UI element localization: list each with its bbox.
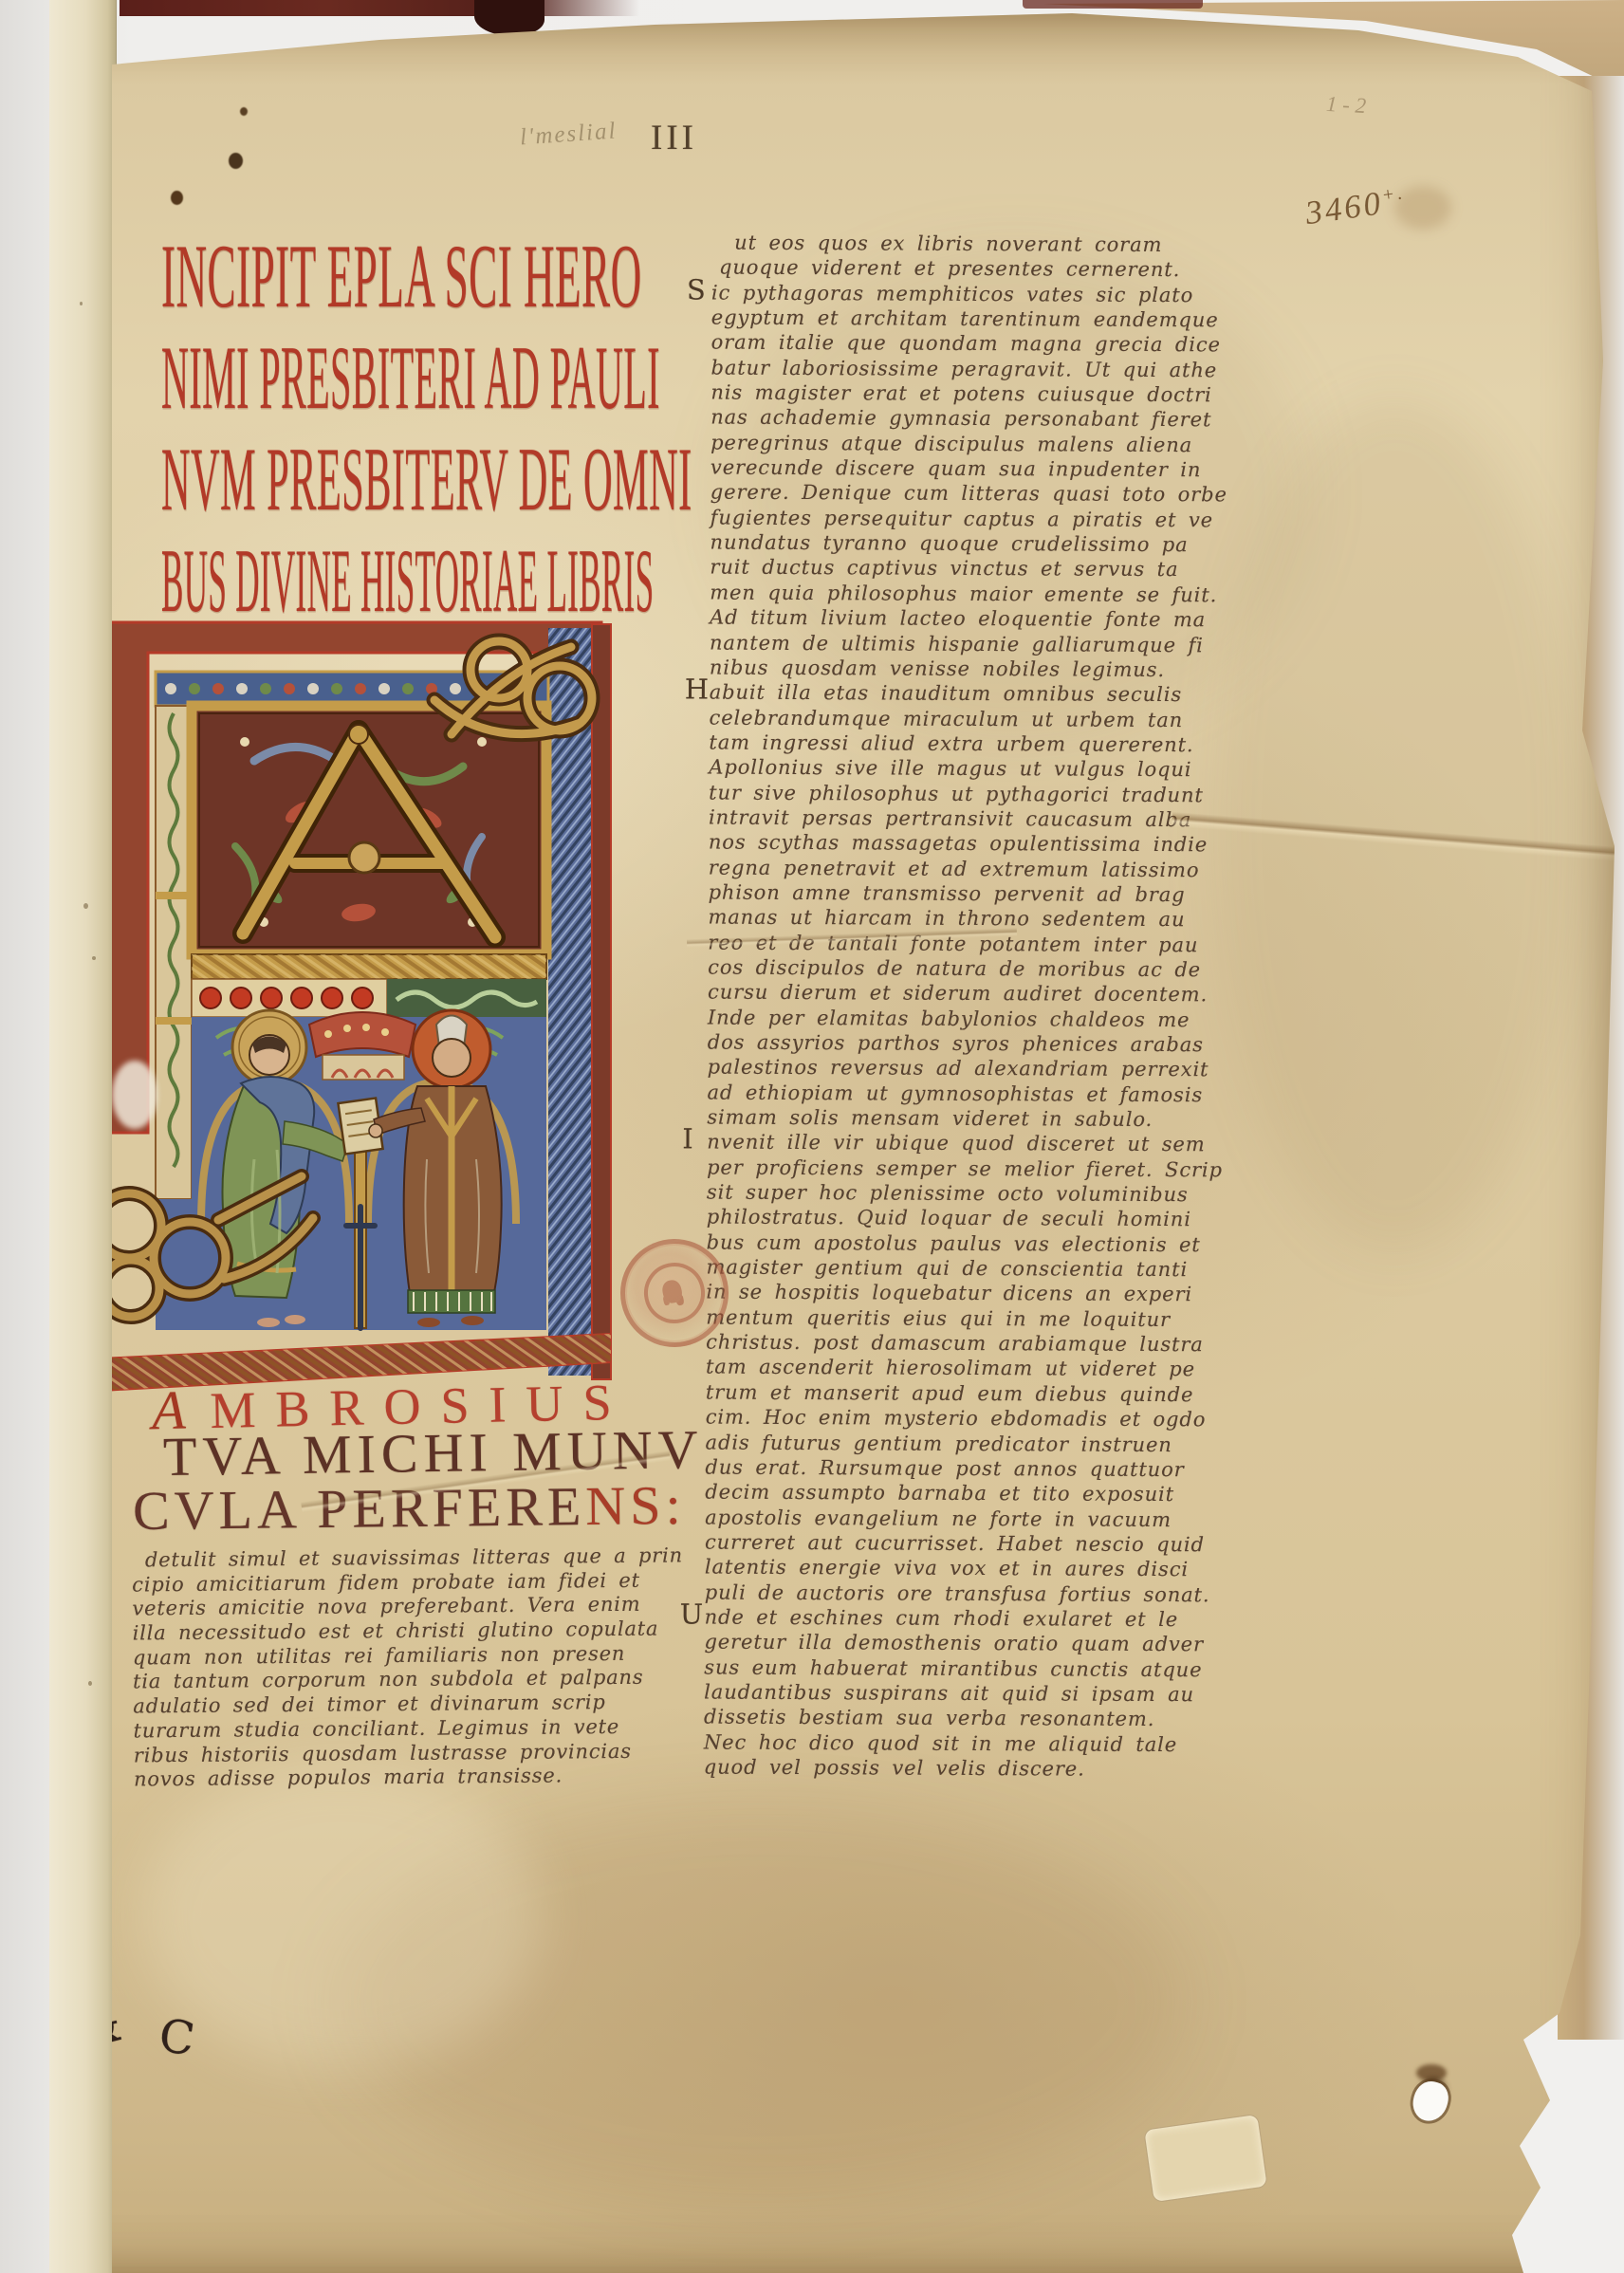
corner-pencil-mark: 1 - 2	[1325, 92, 1366, 119]
text-line: verecunde discere quam sua inpudenter in	[710, 455, 1251, 483]
binding-dark-blob	[474, 0, 544, 36]
right-text-column: ut eos quos ex libris noverant coramquoq…	[704, 231, 1253, 1783]
text-line: phison amne transmisso pervenit ad brag	[709, 879, 1249, 907]
text-line: adis futurus gentium predicator instruen	[706, 1430, 1246, 1457]
parchment-mottle	[332, 1802, 1186, 2201]
photo-backdrop: l'meslial III 1 - 2 3460+. INCIPIT EPLA …	[0, 0, 1624, 2273]
text-line: fugientes persequitur captus a piratis e…	[710, 505, 1251, 532]
shelfmark-number: 3460+.	[1303, 181, 1409, 232]
illuminated-initial-artwork	[74, 609, 643, 1411]
text-line: Inde per elamitas babylonios chaldeos me	[708, 1005, 1248, 1032]
text-line: intravit persas pertransivit caucasum al…	[709, 804, 1249, 832]
illuminated-initial	[74, 609, 643, 1411]
text-line: simam solis mensam videret in sabulo.	[707, 1105, 1247, 1133]
text-line: quoque viderent et presentes cernerent.	[719, 255, 1252, 283]
text-line: batur laboriosissime peragravit. Ut qui …	[710, 355, 1251, 382]
shelfmark-cross: +.	[1380, 182, 1406, 206]
text-line: latentis energie viva vox et in aures di…	[705, 1555, 1246, 1582]
folio-speck	[80, 302, 83, 305]
text-line: philostratus. Quid loquar de seculi homi…	[707, 1205, 1247, 1232]
text-line: christus. post damascum arabiamque lustr…	[706, 1330, 1246, 1358]
parchment-hole	[1409, 2078, 1451, 2124]
text-line: NVM PRESBITERV DE OMNI	[161, 427, 423, 532]
text-line: tur sive philosophus ut pythagorici trad…	[709, 780, 1249, 807]
display-line-part: CVLA PERFERE	[133, 1475, 586, 1542]
folio-speck	[83, 903, 88, 909]
repair-patch	[1143, 2114, 1268, 2203]
text-line: NIMI PRESBITERI AD PAULI	[161, 325, 409, 431]
ink-stain	[171, 191, 183, 205]
text-line: in se hospitis loquebatur dicens an expe…	[706, 1280, 1246, 1307]
text-line: apostolis evangelium ne forte in vacuum	[705, 1505, 1246, 1532]
binding-edge-top	[120, 0, 639, 16]
text-line: dus erat. Rursumque post annos quattuor	[705, 1454, 1246, 1482]
text-line: manas ut hiarcam in throno sedentem au	[708, 905, 1248, 933]
left-text-column: detulit simul et suavissimas litteras qu…	[132, 1544, 665, 1793]
binding-edge-fragment	[1023, 0, 1203, 9]
text-line: decim assumpto barnaba et tito exposuit	[705, 1480, 1246, 1507]
text-line: geretur illa demosthenis oratio quam adv…	[704, 1630, 1245, 1657]
text-line: egyptum et architam tarentinum eandemque	[711, 305, 1252, 333]
text-line: nundatus tyranno quoque crudelissimo pa	[710, 530, 1250, 558]
text-line: novos adisse populos maria transisse.	[134, 1764, 665, 1793]
folio-number: III	[651, 118, 697, 158]
text-line: men quia philosophus maior emente se fui…	[710, 580, 1250, 607]
text-line: celebrandumque miraculum ut urbem tan	[710, 705, 1250, 732]
text-line: dos assyrios parthos syros phenices arab…	[708, 1030, 1248, 1058]
manuscript-page: l'meslial III 1 - 2 3460+. INCIPIT EPLA …	[0, 0, 1624, 2273]
text-line: oram italie que quondam magna grecia dic…	[711, 330, 1252, 358]
text-line: laudantibus suspirans ait quid si ipsam …	[704, 1679, 1245, 1707]
text-line: curreret aut cucurrisset. Habet nescio q…	[705, 1529, 1246, 1557]
hanging-initial: I	[682, 1127, 693, 1152]
faded-annotation: l'meslial	[519, 118, 618, 151]
text-line: Apollonius sive ille magus ut vulgus loq…	[709, 755, 1249, 783]
text-line: trum et manserit apud eum diebus quinde	[706, 1379, 1246, 1407]
text-line: quod vel possis vel velis discere.	[704, 1754, 1245, 1782]
text-line: bus cum apostolus paulus vas electionis …	[707, 1229, 1247, 1257]
text-line: puli de auctoris ore transfusa fortius s…	[705, 1580, 1246, 1607]
text-line: magister gentium qui de conscientia tant…	[706, 1255, 1246, 1283]
text-line: Nec hoc dico quod sit in me aliquid tale	[704, 1729, 1245, 1757]
text-line: regna penetravit et ad extremum latissim…	[709, 855, 1249, 882]
text-line: palestinos reversus ad alexandriam perre…	[708, 1055, 1248, 1082]
bottom-ink-doodle-2: C	[156, 2009, 197, 2067]
text-line: Sic pythagoras memphiticos vates sic pla…	[711, 280, 1252, 307]
hanging-initial: H	[685, 677, 710, 702]
hanging-initial: U	[680, 1601, 704, 1626]
text-line: tam ingressi aliud extra urbem quererent…	[709, 730, 1249, 757]
text-line: cim. Hoc enim mysterio ebdomadis et ogdo	[706, 1405, 1246, 1432]
text-line: gerere. Denique cum litteras quasi toto …	[710, 480, 1251, 508]
smudge	[1416, 2064, 1447, 2081]
previous-folio-edge	[49, 0, 117, 2273]
text-line: Unde et eschines cum rhodi exularet et l…	[705, 1604, 1246, 1632]
text-line: ut eos quos ex libris noverant coram	[734, 231, 1252, 258]
rubric-incipit: INCIPIT EPLA SCI HERONIMI PRESBITERI AD …	[161, 226, 730, 632]
text-line: INCIPIT EPLA SCI HERO	[161, 224, 440, 329]
ink-stain	[240, 107, 248, 116]
text-line: mentum queritis eius qui in me loquitur	[706, 1304, 1246, 1332]
parchment-highlight	[142, 1765, 541, 2068]
display-line-cula-perferens: CVLA PERFERENS:	[133, 1473, 686, 1543]
text-line: sit super hoc plenissime octo voluminibu…	[707, 1180, 1247, 1208]
display-line-part-red: NS:	[585, 1474, 686, 1537]
folio-speck	[92, 956, 96, 960]
ink-stain	[229, 153, 243, 169]
text-line: Invenit ille vir ubique quod disceret ut…	[707, 1130, 1247, 1157]
text-line: dissetis bestiam sua verba resonantem.	[704, 1705, 1245, 1732]
text-line: nantem de ultimis hispanie galliarumque …	[710, 630, 1250, 657]
text-line: peregrinus atque discipulus malens alien…	[710, 430, 1251, 457]
text-line: cos discipulos de natura de moribus ac d…	[708, 954, 1248, 982]
text-line: reo et de tantali fonte potantem inter p…	[708, 930, 1248, 957]
text-line: nis magister erat et potens cuiusque doc…	[710, 380, 1251, 408]
hanging-initial: S	[687, 277, 707, 302]
parchment-mottle	[1214, 398, 1575, 1252]
text-line: cursu dierum et siderum audiret docentem…	[708, 980, 1248, 1007]
folio-speck	[88, 1681, 92, 1686]
text-line: nibus quosdam venisse nobiles legimus.	[710, 655, 1250, 682]
text-line: ad ethiopiam ut gymnosophistas et famosi…	[707, 1080, 1247, 1107]
text-line: per proficiens semper se melior fieret. …	[707, 1155, 1247, 1182]
text-line: Habuit illa etas inauditum omnibus secul…	[710, 680, 1250, 708]
text-line: sus eum habuerat mirantibus cunctis atqu…	[704, 1654, 1245, 1682]
text-line: nas achademie gymnasia personabant fiere…	[710, 405, 1251, 433]
text-line: Ad titum livium lacteo eloquentie fonte …	[710, 605, 1250, 633]
text-line: nos scythas massagetas opulentissima ind…	[709, 830, 1249, 858]
text-line: tam ascenderit hierosolimam ut videret p…	[706, 1355, 1246, 1382]
text-line: ruit ductus captivus vinctus et servus t…	[710, 555, 1250, 582]
